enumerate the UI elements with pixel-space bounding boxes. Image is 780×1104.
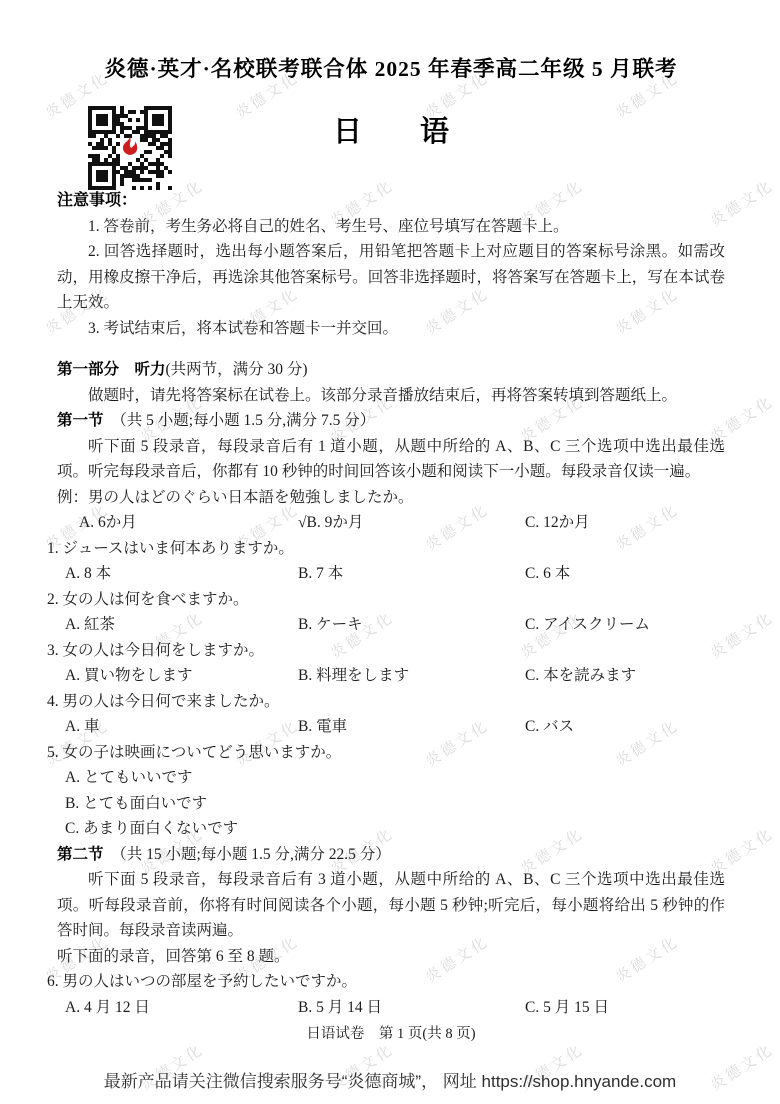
question-5: 5. 女の子は映画についてどう思いますか。 xyxy=(47,740,725,766)
section2-heading-title: 第二节 xyxy=(57,846,104,863)
section1-heading-title: 第一节 xyxy=(57,412,104,429)
question-2-option-c: C. アイスクリーム xyxy=(525,612,725,638)
question-5-option-c: C. あまり面白くないです xyxy=(65,816,725,842)
question-5-option-a: A. とてもいいです xyxy=(65,765,725,791)
promo-footer: 最新产品请关注微信搜索服务号“炎德商城”， 网址 https://shop.hn… xyxy=(0,1069,780,1095)
exam-title: 炎德·英才·名校联考联合体 2025 年春季高二年级 5 月联考 xyxy=(57,54,725,84)
part1-intro: 做题时，请先将答案标在试卷上。该部分录音播放结束后，再将答案转填到答题纸上。 xyxy=(57,383,725,409)
section2-instructions: 听下面 5 段录音，每段录音后有 3 道小题，从题中所给的 A、B、C 三个选项… xyxy=(57,867,725,944)
section2-heading: 第二节 （共 15 小题;每小题 1.5 分,满分 22.5 分） xyxy=(57,842,725,868)
question-1-options: A. 8 本 B. 7 本 C. 6 本 xyxy=(65,561,725,587)
qr-code-image xyxy=(88,106,172,190)
section1-instructions: 听下面 5 段录音，每段录音后有 1 道小题，从题中所给的 A、B、C 三个选项… xyxy=(57,434,725,485)
question-3: 3. 女の人は今日何をしますか。 xyxy=(47,638,725,664)
question-6-option-b: B. 5 月 14 日 xyxy=(298,995,525,1021)
question-1-option-b: B. 7 本 xyxy=(298,561,525,587)
part1-heading: 第一部分 听力(共两节，满分 30 分) xyxy=(57,357,725,383)
notice-item-3: 3. 考试结束后，将本试卷和答题卡一并交回。 xyxy=(57,316,725,342)
example-question: 例：男の人はどのぐらい日本語を勉強しましたか。 xyxy=(57,485,725,511)
example-option-c: C. 12か月 xyxy=(525,510,725,536)
question-6-option-c: C. 5 月 15 日 xyxy=(525,995,725,1021)
question-2-option-a: A. 紅茶 xyxy=(65,612,298,638)
part1-heading-title: 第一部分 听力 xyxy=(57,361,166,378)
exam-page: 炎德文化炎德文化炎德文化炎德文化炎德文化炎德文化炎德文化炎德文化炎德文化炎德文化… xyxy=(0,0,780,1104)
question-1-option-a: A. 8 本 xyxy=(65,561,298,587)
notice-item-2: 2. 回答选择题时，选出每小题答案后，用铅笔把答题卡上对应题目的答案标号涂黑。如… xyxy=(57,239,725,316)
question-4-option-a: A. 車 xyxy=(65,714,298,740)
question-6-options: A. 4 月 12 日 B. 5 月 14 日 C. 5 月 15 日 xyxy=(65,995,725,1021)
question-2-option-b: B. ケーキ xyxy=(298,612,525,638)
qr-code xyxy=(88,106,172,190)
question-4-option-b: B. 電車 xyxy=(298,714,525,740)
question-4-options: A. 車 B. 電車 C. バス xyxy=(65,714,725,740)
question-6: 6. 男の人はいつの部屋を予約したいですか。 xyxy=(47,969,725,995)
question-4-option-c: C. バス xyxy=(525,714,725,740)
page-number-label: 日语试卷 第 1 页(共 8 页) xyxy=(57,1022,725,1048)
question-3-option-a: A. 買い物をします xyxy=(65,663,298,689)
section1-heading: 第一节 （共 5 小题;每小题 1.5 分,满分 7.5 分） xyxy=(57,408,725,434)
question-2-options: A. 紅茶 B. ケーキ C. アイスクリーム xyxy=(65,612,725,638)
example-options: A. 6か月 √B. 9か月 C. 12か月 xyxy=(65,510,725,536)
question-4: 4. 男の人は今日何で来ましたか。 xyxy=(47,689,725,715)
example-option-a: A. 6か月 xyxy=(65,510,298,536)
question-3-option-b: B. 料理をします xyxy=(298,663,525,689)
notice-heading: 注意事项： xyxy=(57,188,725,214)
question-2: 2. 女の人は何を食べますか。 xyxy=(47,587,725,613)
question-3-option-c: C. 本を読みます xyxy=(525,663,725,689)
notice-item-1: 1. 答卷前，考生务必将自己的姓名、考生号、座位号填写在答题卡上。 xyxy=(57,214,725,240)
example-option-b-checked: √B. 9か月 xyxy=(298,510,525,536)
question-5-option-b: B. とても面白いです xyxy=(65,791,725,817)
section1-heading-score: （共 5 小题;每小题 1.5 分,满分 7.5 分） xyxy=(104,412,376,429)
question-1: 1. ジュースはいま何本ありますか。 xyxy=(47,536,725,562)
part1-heading-score: (共两节，满分 30 分) xyxy=(166,361,308,378)
question-1-option-c: C. 6 本 xyxy=(525,561,725,587)
question-3-options: A. 買い物をします B. 料理をします C. 本を読みます xyxy=(65,663,725,689)
question-6-option-a: A. 4 月 12 日 xyxy=(65,995,298,1021)
section2-passage-intro: 听下面的录音，回答第 6 至 8 题。 xyxy=(57,944,725,970)
section2-heading-score: （共 15 小题;每小题 1.5 分,满分 22.5 分） xyxy=(104,846,391,863)
